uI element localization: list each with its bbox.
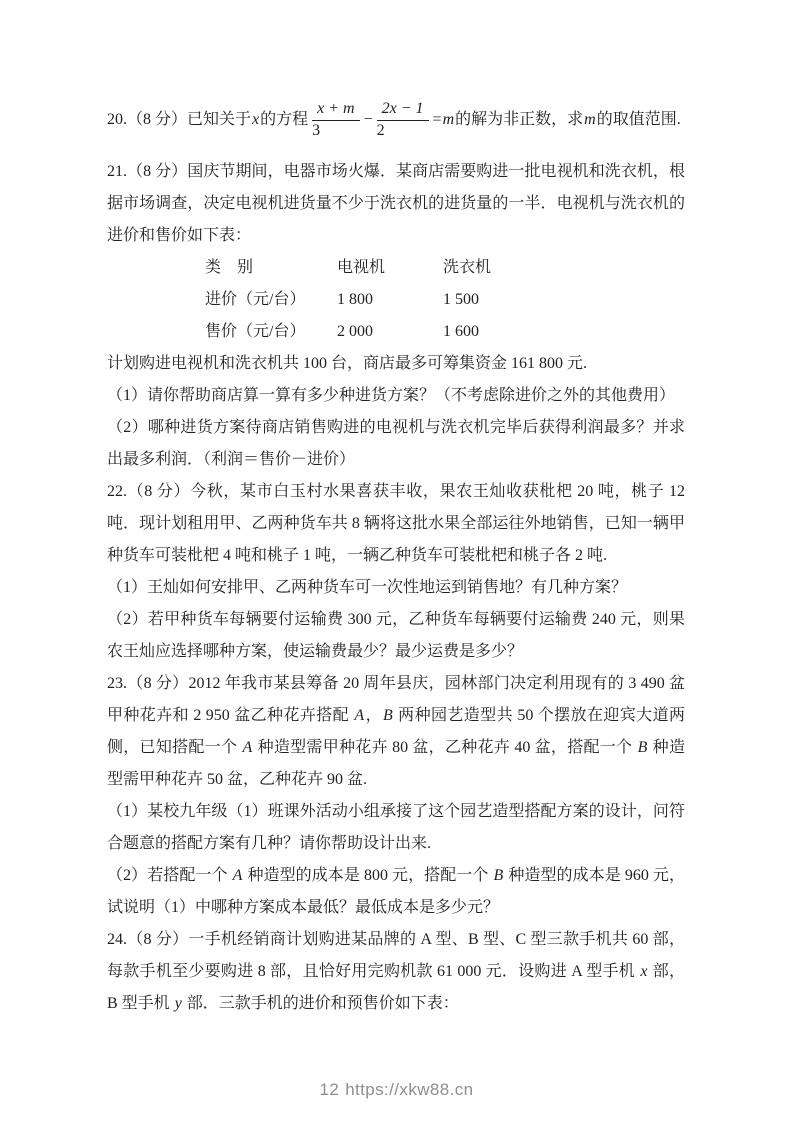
table-cell-washer-sale-price: 1 600 <box>443 316 539 348</box>
q22-part-1: （1）王灿如何安排甲、乙两种货车可一次性地运到销售地？有几种方案？ <box>107 572 685 604</box>
q23-part-2: （2）若搭配一个 A 种造型的成本是 800 元，搭配一个 B 种造型的成本是 … <box>107 860 685 924</box>
q21-part-2: （2）哪种进货方案待商店销售购进的电视机与洗衣机完毕后获得利润最多？并求出最多利… <box>107 412 685 476</box>
table-cell-sale-label: 售价（元/台） <box>205 316 337 348</box>
q22-part-2: （2）若甲种货车每辆要付运输费 300 元，乙种货车每辆要付运输费 240 元，… <box>107 604 685 668</box>
table-cell-tv-purchase-price: 1 800 <box>337 284 443 316</box>
table-header-washer: 洗衣机 <box>443 252 539 284</box>
math-fraction: 2x − 12 <box>377 99 429 142</box>
table-cell-washer-purchase-price: 1 500 <box>443 284 539 316</box>
page-footer: 12https://xkw88.cn <box>0 1080 793 1100</box>
problem-20: 20.（8 分）已知关于 x 的方程x + m3−2x − 12= m 的解为非… <box>107 94 685 146</box>
table-header-category: 类 别 <box>205 252 337 284</box>
q21-part-1: （1）请你帮助商店算一算有多少种进货方案？（不考虑除进价之外的其他费用） <box>107 380 685 412</box>
page-number: 12 <box>319 1080 339 1099</box>
problem-24-intro: 24.（8 分）一手机经销商计划购进某品牌的 A 型、B 型、C 型三款手机共 … <box>107 924 685 1020</box>
problem-22-intro: 22.（8 分）今秋，某市白玉村水果喜获丰收，果农王灿收获枇杷 20 吨，桃子 … <box>107 476 685 572</box>
q21-plan-line: 计划购进电视机和洗衣机共 100 台，商店最多可筹集资金 161 800 元. <box>107 348 685 380</box>
table-header-tv: 电视机 <box>337 252 443 284</box>
table-cell-tv-sale-price: 2 000 <box>337 316 443 348</box>
table-cell-purchase-label: 进价（元/台） <box>205 284 337 316</box>
math-fraction: x + m3 <box>312 99 359 142</box>
problem-21-intro: 21.（8 分）国庆节期间，电器市场火爆．某商店需要购进一批电视机和洗衣机，根据… <box>107 156 685 252</box>
exam-page-content: 20.（8 分）已知关于 x 的方程x + m3−2x − 12= m 的解为非… <box>0 0 793 1020</box>
problem-23-intro: 23.（8 分）2012 年我市某县筹备 20 周年县庆，园林部门决定利用现有的… <box>107 668 685 796</box>
q21-price-table: 类 别 电视机 洗衣机 进价（元/台） 1 800 1 500 售价（元/台） … <box>205 252 685 348</box>
q23-part-1: （1）某校九年级（1）班课外活动小组承接了这个园艺造型搭配方案的设计，问符合题意… <box>107 796 685 860</box>
site-url: https://xkw88.cn <box>345 1080 473 1099</box>
